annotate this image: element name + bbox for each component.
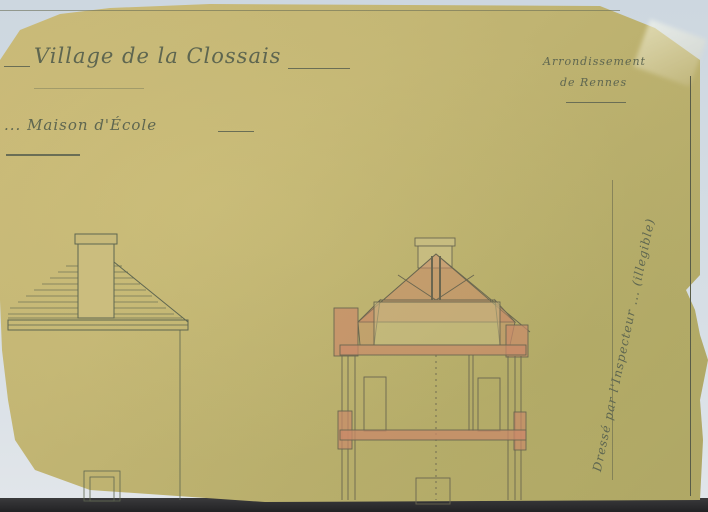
elevation-view [8,234,188,501]
section-chimney-cap [415,238,455,246]
door-outline [84,471,120,501]
door-ground [416,478,450,504]
upper-floor-beam [340,345,526,355]
middle-floor-beam [340,430,526,440]
section-view [334,238,530,504]
door-right [478,378,500,431]
chimney-cap [75,234,117,244]
chimney-stack [78,244,114,318]
architectural-drawings [0,0,708,512]
door-left [364,377,386,431]
